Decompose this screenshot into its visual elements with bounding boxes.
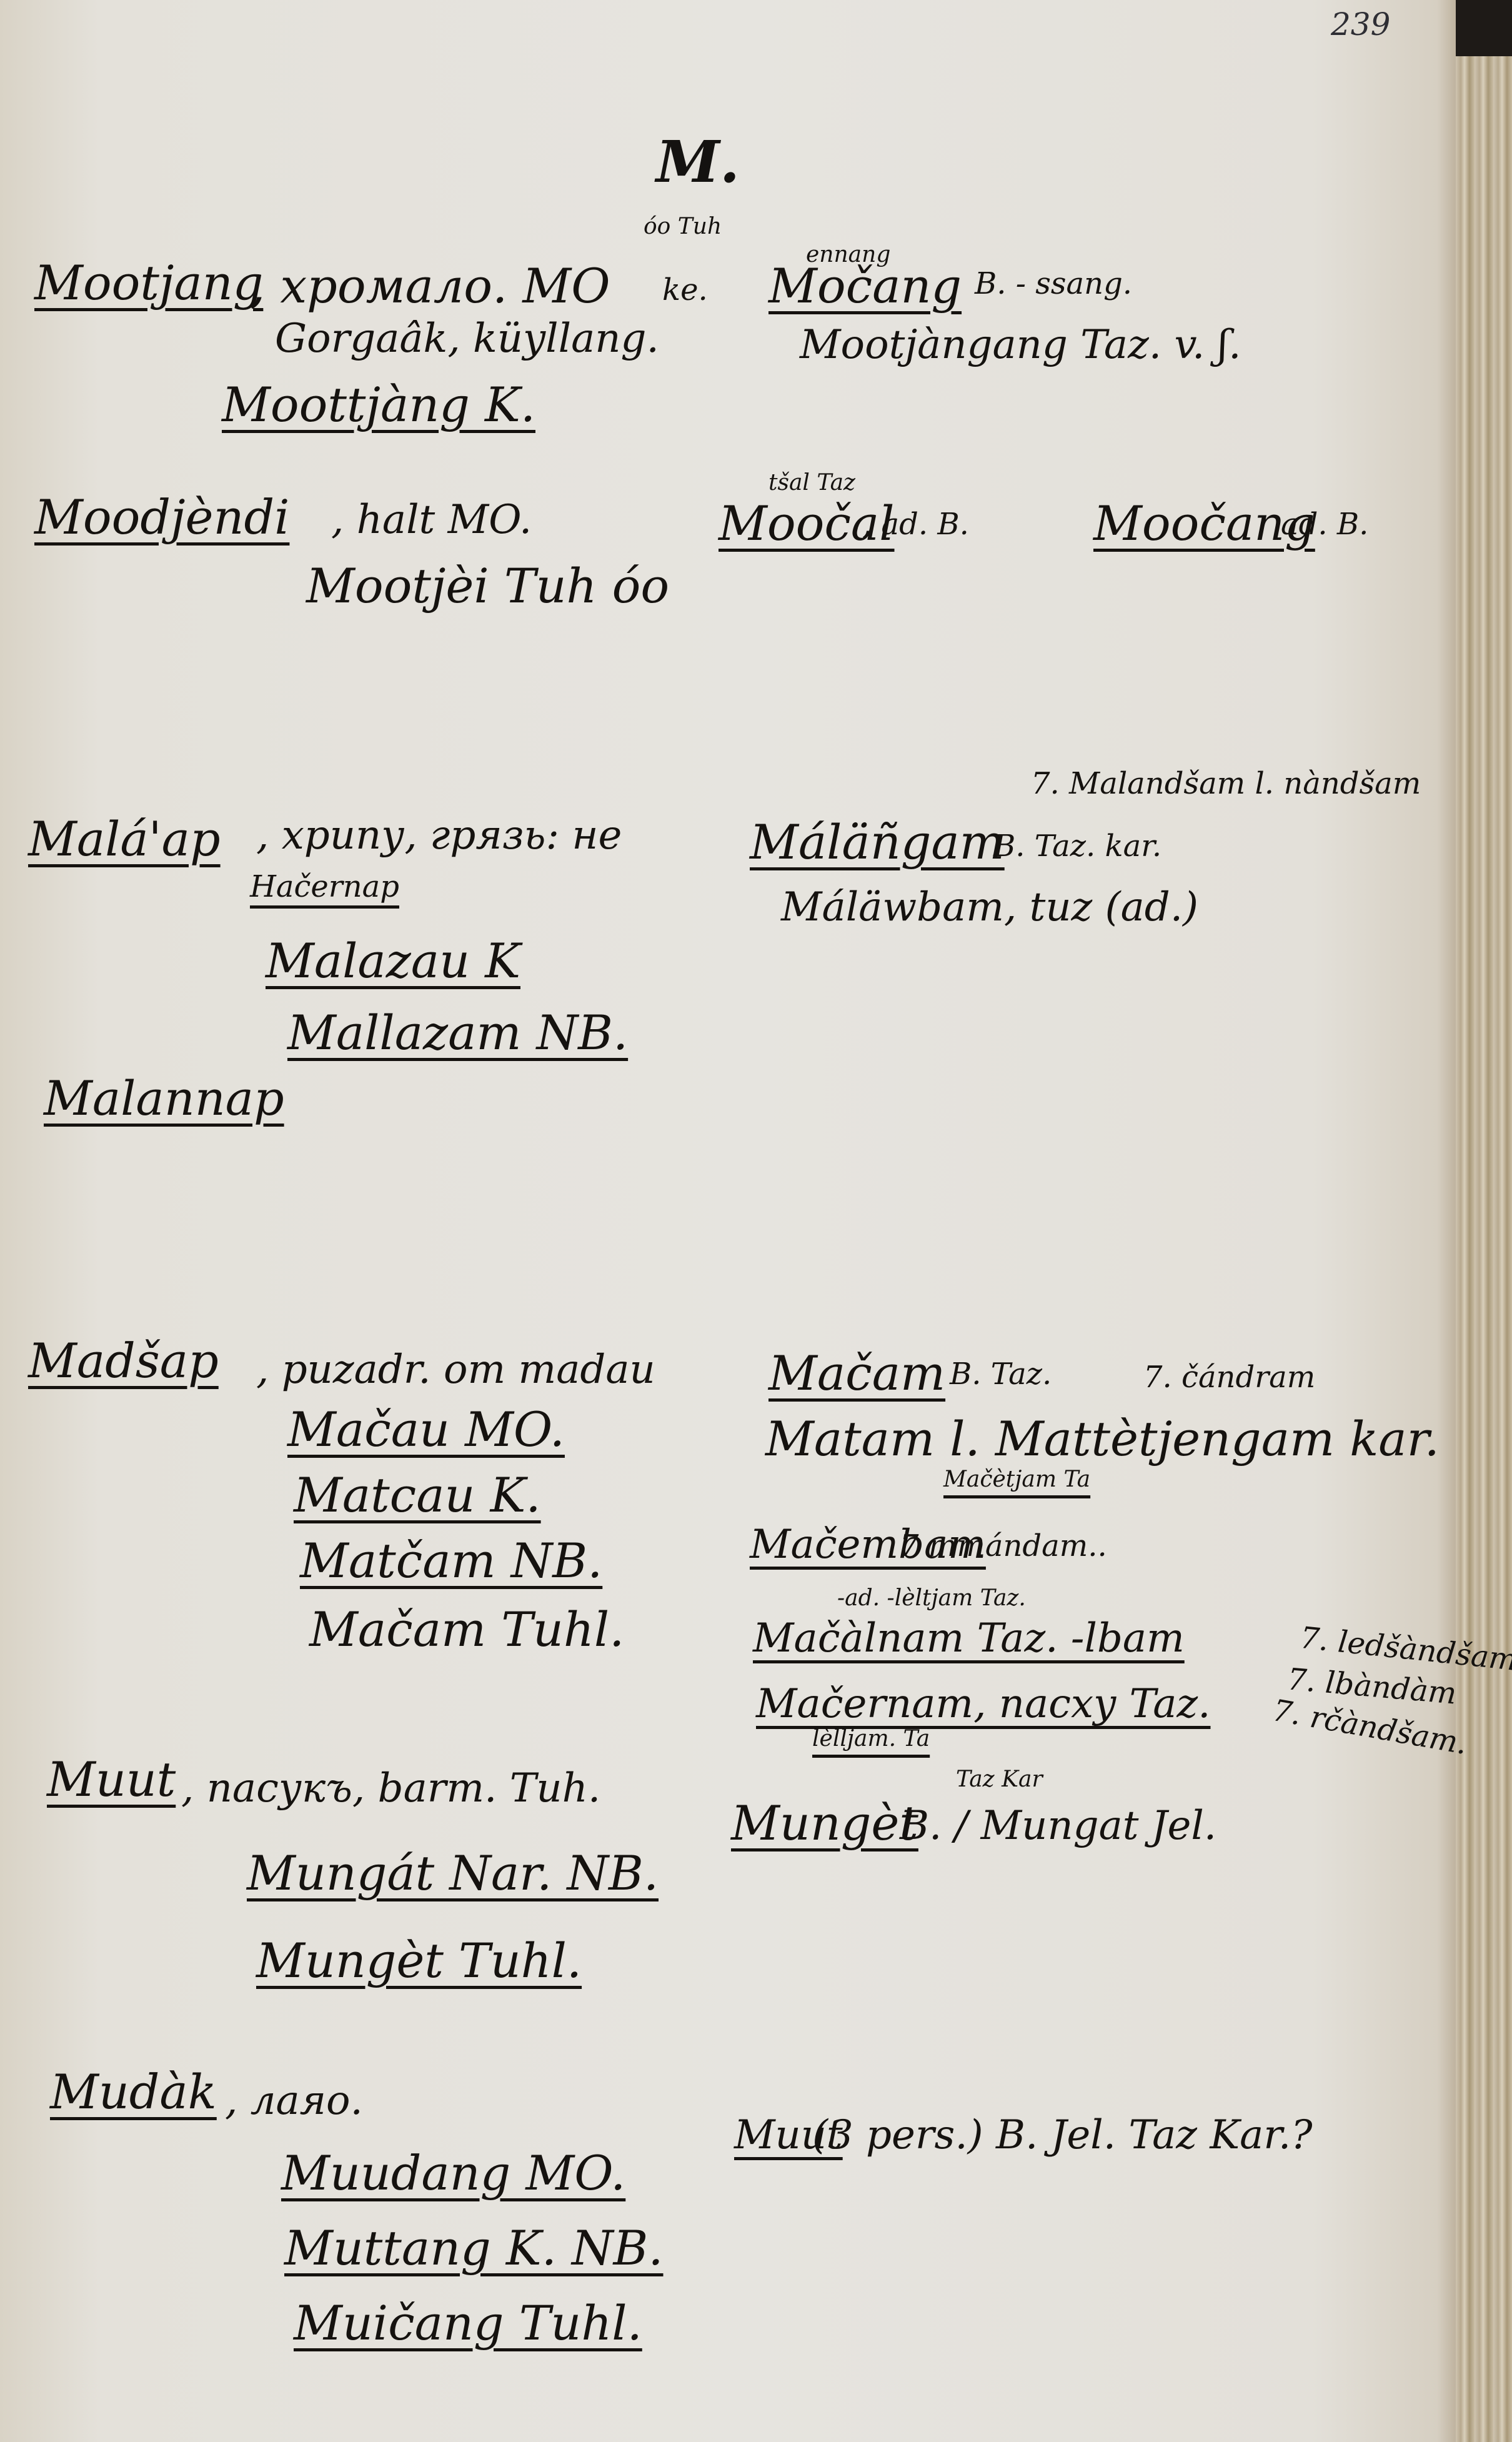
headword: Madšap: [28, 1337, 219, 1385]
variant-note: B. Taz.: [950, 1359, 1052, 1389]
gloss: , хромало. MO: [250, 262, 610, 310]
variant: Malazau K: [266, 937, 520, 985]
headword: Muut: [47, 1756, 176, 1803]
variant: lèlljam. Ta: [812, 1728, 930, 1750]
variant: Mootjèi Tuh óo: [306, 562, 669, 610]
gloss-line2: Gorgaâk, küyllang.: [275, 319, 659, 359]
variant: Mačètjam Ta: [943, 1468, 1090, 1491]
headword: Mudàk: [50, 2068, 217, 2116]
gloss: , хрипу, грязь: не: [256, 815, 622, 855]
variant: Matam l. Mattètjengam kar.: [765, 1415, 1440, 1463]
side-note: 7. čándram: [1143, 1362, 1315, 1392]
superscript-note: tšal Taz: [768, 472, 855, 494]
gloss-line2: Hačernap: [250, 872, 399, 902]
variant: Muičang Tuhl.: [294, 2300, 642, 2347]
variant-note: ad. B.: [1281, 509, 1368, 539]
variant: Moottjàng K.: [222, 381, 535, 429]
side-note: 7. Malandšam l. nàndšam: [1031, 769, 1421, 799]
variant: Muttang K. NB.: [284, 2225, 664, 2272]
variant: Mootjàngang Taz. v. ʃ.: [800, 325, 1241, 365]
headword: Močang: [768, 262, 962, 310]
variant-note: B. Taz. kar.: [993, 831, 1161, 861]
variant: B. / Mungat Jel.: [900, 1806, 1216, 1846]
headword: Malannap: [44, 1075, 284, 1122]
variant: Mungèt Tuhl.: [256, 1937, 582, 1985]
superscript-note: óo Tuh: [644, 216, 722, 238]
headword: Moodjèndi: [34, 494, 289, 541]
variant: Matčam NB.: [300, 1537, 602, 1585]
headword: Máläñgam: [750, 819, 1005, 866]
gloss: , пасукъ, barm. Tuh.: [181, 1768, 600, 1808]
variant: Mačam Tuhl.: [309, 1606, 624, 1653]
headword: Mootjang: [34, 259, 263, 307]
headword: Mačam: [768, 1350, 945, 1397]
variant-note: , ad. B.: [862, 509, 969, 539]
superscript-note: Taz Kar: [956, 1768, 1043, 1791]
variant-note: B. - ssang.: [975, 269, 1132, 299]
side-note: 7 mmándam..: [900, 1531, 1107, 1561]
variant: Máläwbam, tuz (ad.): [781, 887, 1198, 927]
variant: Mačàlnam Taz. -lbam: [753, 1618, 1185, 1658]
superscript-note: -ad. -lèltjam Taz.: [837, 1587, 1026, 1610]
headword: Malá'ap: [28, 815, 221, 863]
variant: Mačau MO.: [287, 1406, 565, 1453]
book-page-edges: [1456, 0, 1512, 2442]
variant-note: (3 pers.) B. Jel. Taz Kar.?: [812, 2115, 1313, 2155]
variant: Matcau K.: [294, 1472, 541, 1519]
variant: Mačernam, пасху Taz.: [756, 1684, 1210, 1724]
page-number: 239: [1331, 6, 1390, 42]
gloss-suffix: ke.: [662, 275, 708, 305]
section-letter: M.: [656, 128, 740, 196]
variant: Muudang MO.: [281, 2150, 625, 2197]
variant: Mallazam NB.: [287, 1009, 628, 1057]
gloss: , лаяо.: [225, 2081, 363, 2121]
variant: Mungát Nar. NB.: [247, 1850, 659, 1897]
gloss: , puzadr. от madau: [256, 1350, 655, 1390]
headword: Mungèt: [731, 1800, 918, 1847]
gloss: , halt MO.: [331, 500, 532, 540]
